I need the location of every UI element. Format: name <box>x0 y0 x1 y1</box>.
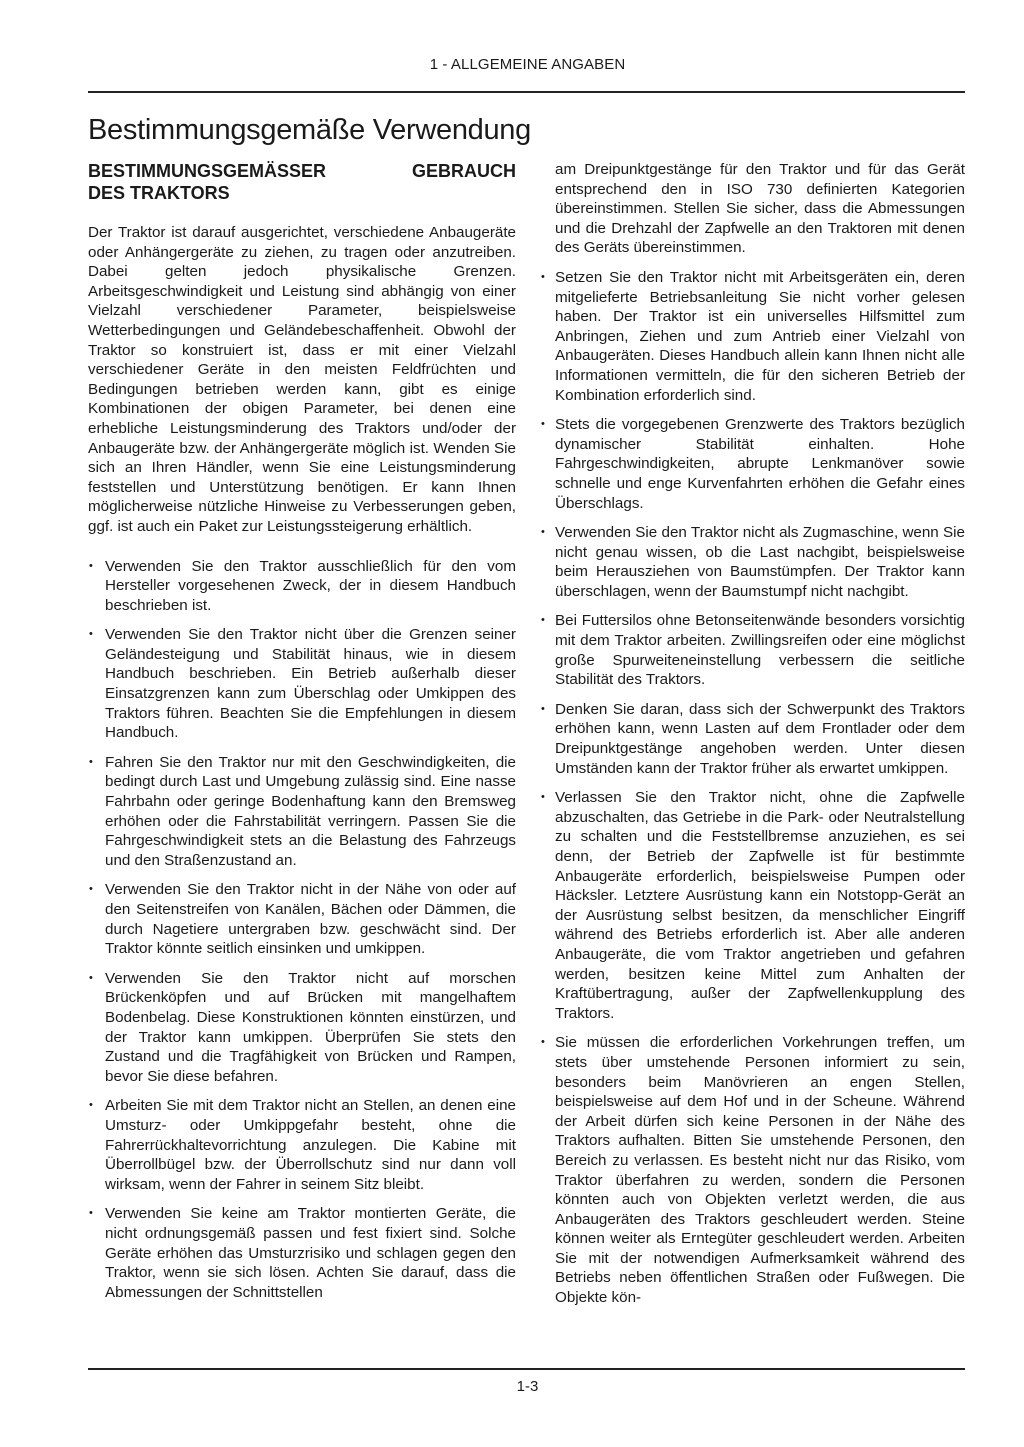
list-item-text: Fahren Sie den Traktor nur mit den Gesch… <box>105 754 516 869</box>
header-divider <box>88 91 965 93</box>
bullet-icon: • <box>541 788 545 808</box>
right-column: am Dreipunktgestänge für den Traktor und… <box>555 160 965 1318</box>
list-item: •Arbeiten Sie mit dem Traktor nicht an S… <box>88 1096 516 1194</box>
bullet-icon: • <box>89 557 93 577</box>
list-item: •Setzen Sie den Traktor nicht mit Arbeit… <box>555 268 965 405</box>
list-item-text: Verwenden Sie den Traktor ausschließlich… <box>105 558 516 614</box>
left-column: BESTIMMUNGSGEMÄSSER GEBRAUCH DES TRAKTOR… <box>88 160 516 1312</box>
list-item: •Verwenden Sie keine am Traktor montiert… <box>88 1204 516 1302</box>
list-item-text: Bei Futtersilos ohne Betonseitenwände be… <box>555 612 965 688</box>
bullet-icon: • <box>89 880 93 900</box>
bullet-icon: • <box>89 1096 93 1116</box>
left-bullet-list: •Verwenden Sie den Traktor ausschließlic… <box>88 557 516 1303</box>
list-item: •Verwenden Sie den Traktor nicht in der … <box>88 880 516 958</box>
bullet-icon: • <box>541 415 545 435</box>
chapter-header: 1 - ALLGEMEINE ANGABEN <box>0 56 1024 73</box>
subsection-heading-line2: DES TRAKTORS <box>88 182 516 204</box>
bullet-icon: • <box>541 611 545 631</box>
bullet-icon: • <box>89 625 93 645</box>
page-number: 1-3 <box>0 1378 1024 1395</box>
bullet-icon: • <box>89 1204 93 1224</box>
list-item-text: Setzen Sie den Traktor nicht mit Arbeits… <box>555 269 965 404</box>
list-item-text: Verlassen Sie den Traktor nicht, ohne di… <box>555 789 965 1022</box>
footer-divider <box>88 1368 965 1370</box>
bullet-icon: • <box>89 969 93 989</box>
list-item: •Verwenden Sie den Traktor ausschließlic… <box>88 557 516 616</box>
list-item-text: Sie müssen die erforderlichen Vorkehrung… <box>555 1034 965 1306</box>
subsection-heading-part1: BESTIMMUNGSGEMÄSSER <box>88 160 326 182</box>
list-item: •Denken Sie daran, dass sich der Schwerp… <box>555 700 965 778</box>
list-item-text: Verwenden Sie den Traktor nicht über die… <box>105 626 516 741</box>
bullet-icon: • <box>541 268 545 288</box>
list-item: •Fahren Sie den Traktor nur mit den Gesc… <box>88 753 516 871</box>
list-item-text: Arbeiten Sie mit dem Traktor nicht an St… <box>105 1097 516 1192</box>
section-title: Bestimmungsgemäße Verwendung <box>88 114 531 147</box>
list-item: •Verwenden Sie den Traktor nicht als Zug… <box>555 523 965 601</box>
list-item: •Verwenden Sie den Traktor nicht über di… <box>88 625 516 743</box>
list-item: •Stets die vorgegebenen Grenzwerte des T… <box>555 415 965 513</box>
list-item-text: Verwenden Sie den Traktor nicht als Zugm… <box>555 524 965 600</box>
list-item-text: Stets die vorgegebenen Grenzwerte des Tr… <box>555 416 965 511</box>
bullet-icon: • <box>541 523 545 543</box>
continued-paragraph: am Dreipunktgestänge für den Traktor und… <box>555 160 965 258</box>
right-bullet-list: •Setzen Sie den Traktor nicht mit Arbeit… <box>555 268 965 1308</box>
list-item: •Verlassen Sie den Traktor nicht, ohne d… <box>555 788 965 1023</box>
intro-paragraph: Der Traktor ist darauf ausgerichtet, ver… <box>88 223 516 537</box>
subsection-heading: BESTIMMUNGSGEMÄSSER GEBRAUCH DES TRAKTOR… <box>88 160 516 204</box>
list-item-text: Verwenden Sie keine am Traktor montierte… <box>105 1205 516 1300</box>
list-item: •Verwenden Sie den Traktor nicht auf mor… <box>88 969 516 1087</box>
list-item: •Bei Futtersilos ohne Betonseitenwände b… <box>555 611 965 689</box>
bullet-icon: • <box>541 1033 545 1053</box>
subsection-heading-part2: GEBRAUCH <box>412 160 516 182</box>
list-item-text: Verwenden Sie den Traktor nicht in der N… <box>105 881 516 957</box>
list-item-text: Denken Sie daran, dass sich der Schwerpu… <box>555 701 965 777</box>
bullet-icon: • <box>541 700 545 720</box>
list-item-text: Verwenden Sie den Traktor nicht auf mors… <box>105 970 516 1085</box>
bullet-icon: • <box>89 753 93 773</box>
list-item: •Sie müssen die erforderlichen Vorkehrun… <box>555 1033 965 1307</box>
